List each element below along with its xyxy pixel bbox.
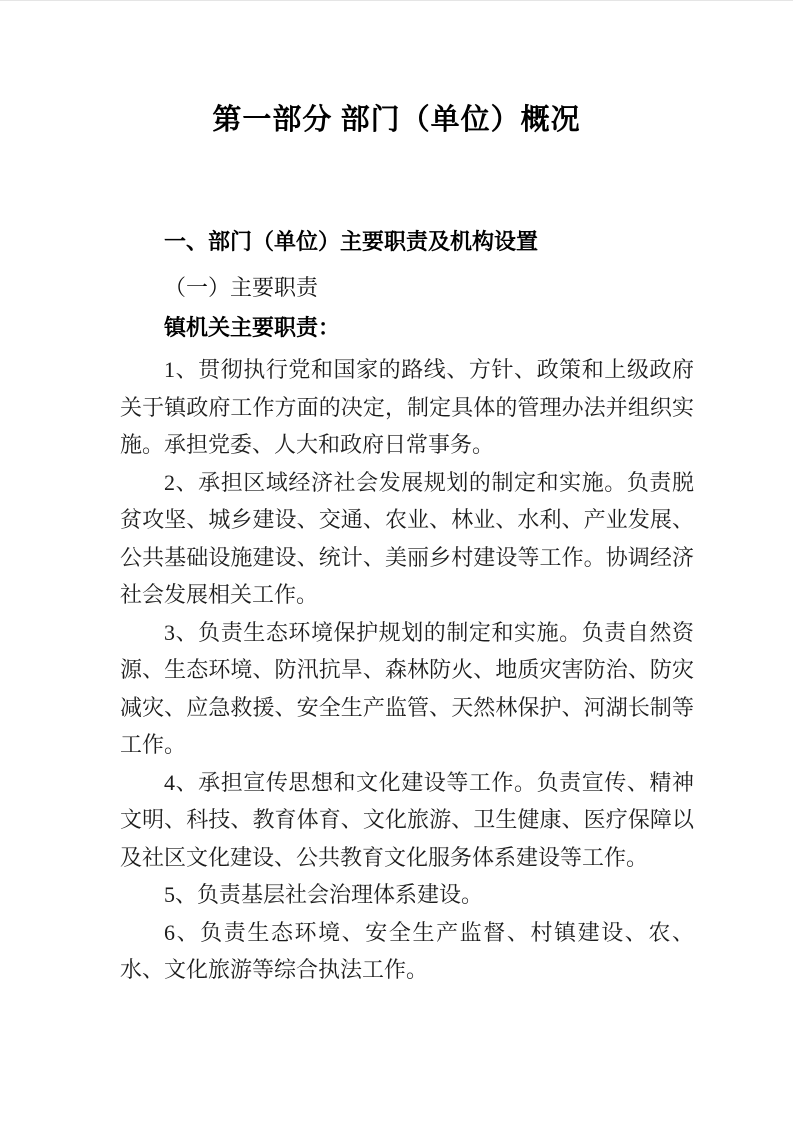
paragraph-duty-4: 4、承担宣传思想和文化建设等工作。负责宣传、精神文明、科技、教育体育、文化旅游、… (120, 764, 694, 877)
document-body: 一、部门（单位）主要职责及机构设置 （一）主要职责 镇机关主要职责： 1、贯彻执… (120, 1, 694, 989)
lead-in-heading: 镇机关主要职责： (120, 313, 694, 343)
paragraph-duty-1: 1、贯彻执行党和国家的路线、方针、政策和上级政府关于镇政府工作方面的决定，制定具… (120, 351, 694, 464)
subsection-heading: （一）主要职责 (120, 273, 694, 303)
section-heading: 一、部门（单位）主要职责及机构设置 (120, 227, 694, 257)
document-page: 第一部分 部门（单位）概况 一、部门（单位）主要职责及机构设置 （一）主要职责 … (0, 0, 793, 1123)
paragraph-duty-3: 3、负责生态环境保护规划的制定和实施。负责自然资源、生态环境、防汛抗旱、森林防火… (120, 614, 694, 764)
paragraph-duty-2: 2、承担区域经济社会发展规划的制定和实施。负责脱贫攻坚、城乡建设、交通、农业、林… (120, 464, 694, 614)
paragraph-duty-6: 6、负责生态环境、安全生产监督、村镇建设、农、水、文化旅游等综合执法工作。 (120, 914, 694, 989)
paragraph-duty-5: 5、负责基层社会治理体系建设。 (120, 876, 694, 914)
